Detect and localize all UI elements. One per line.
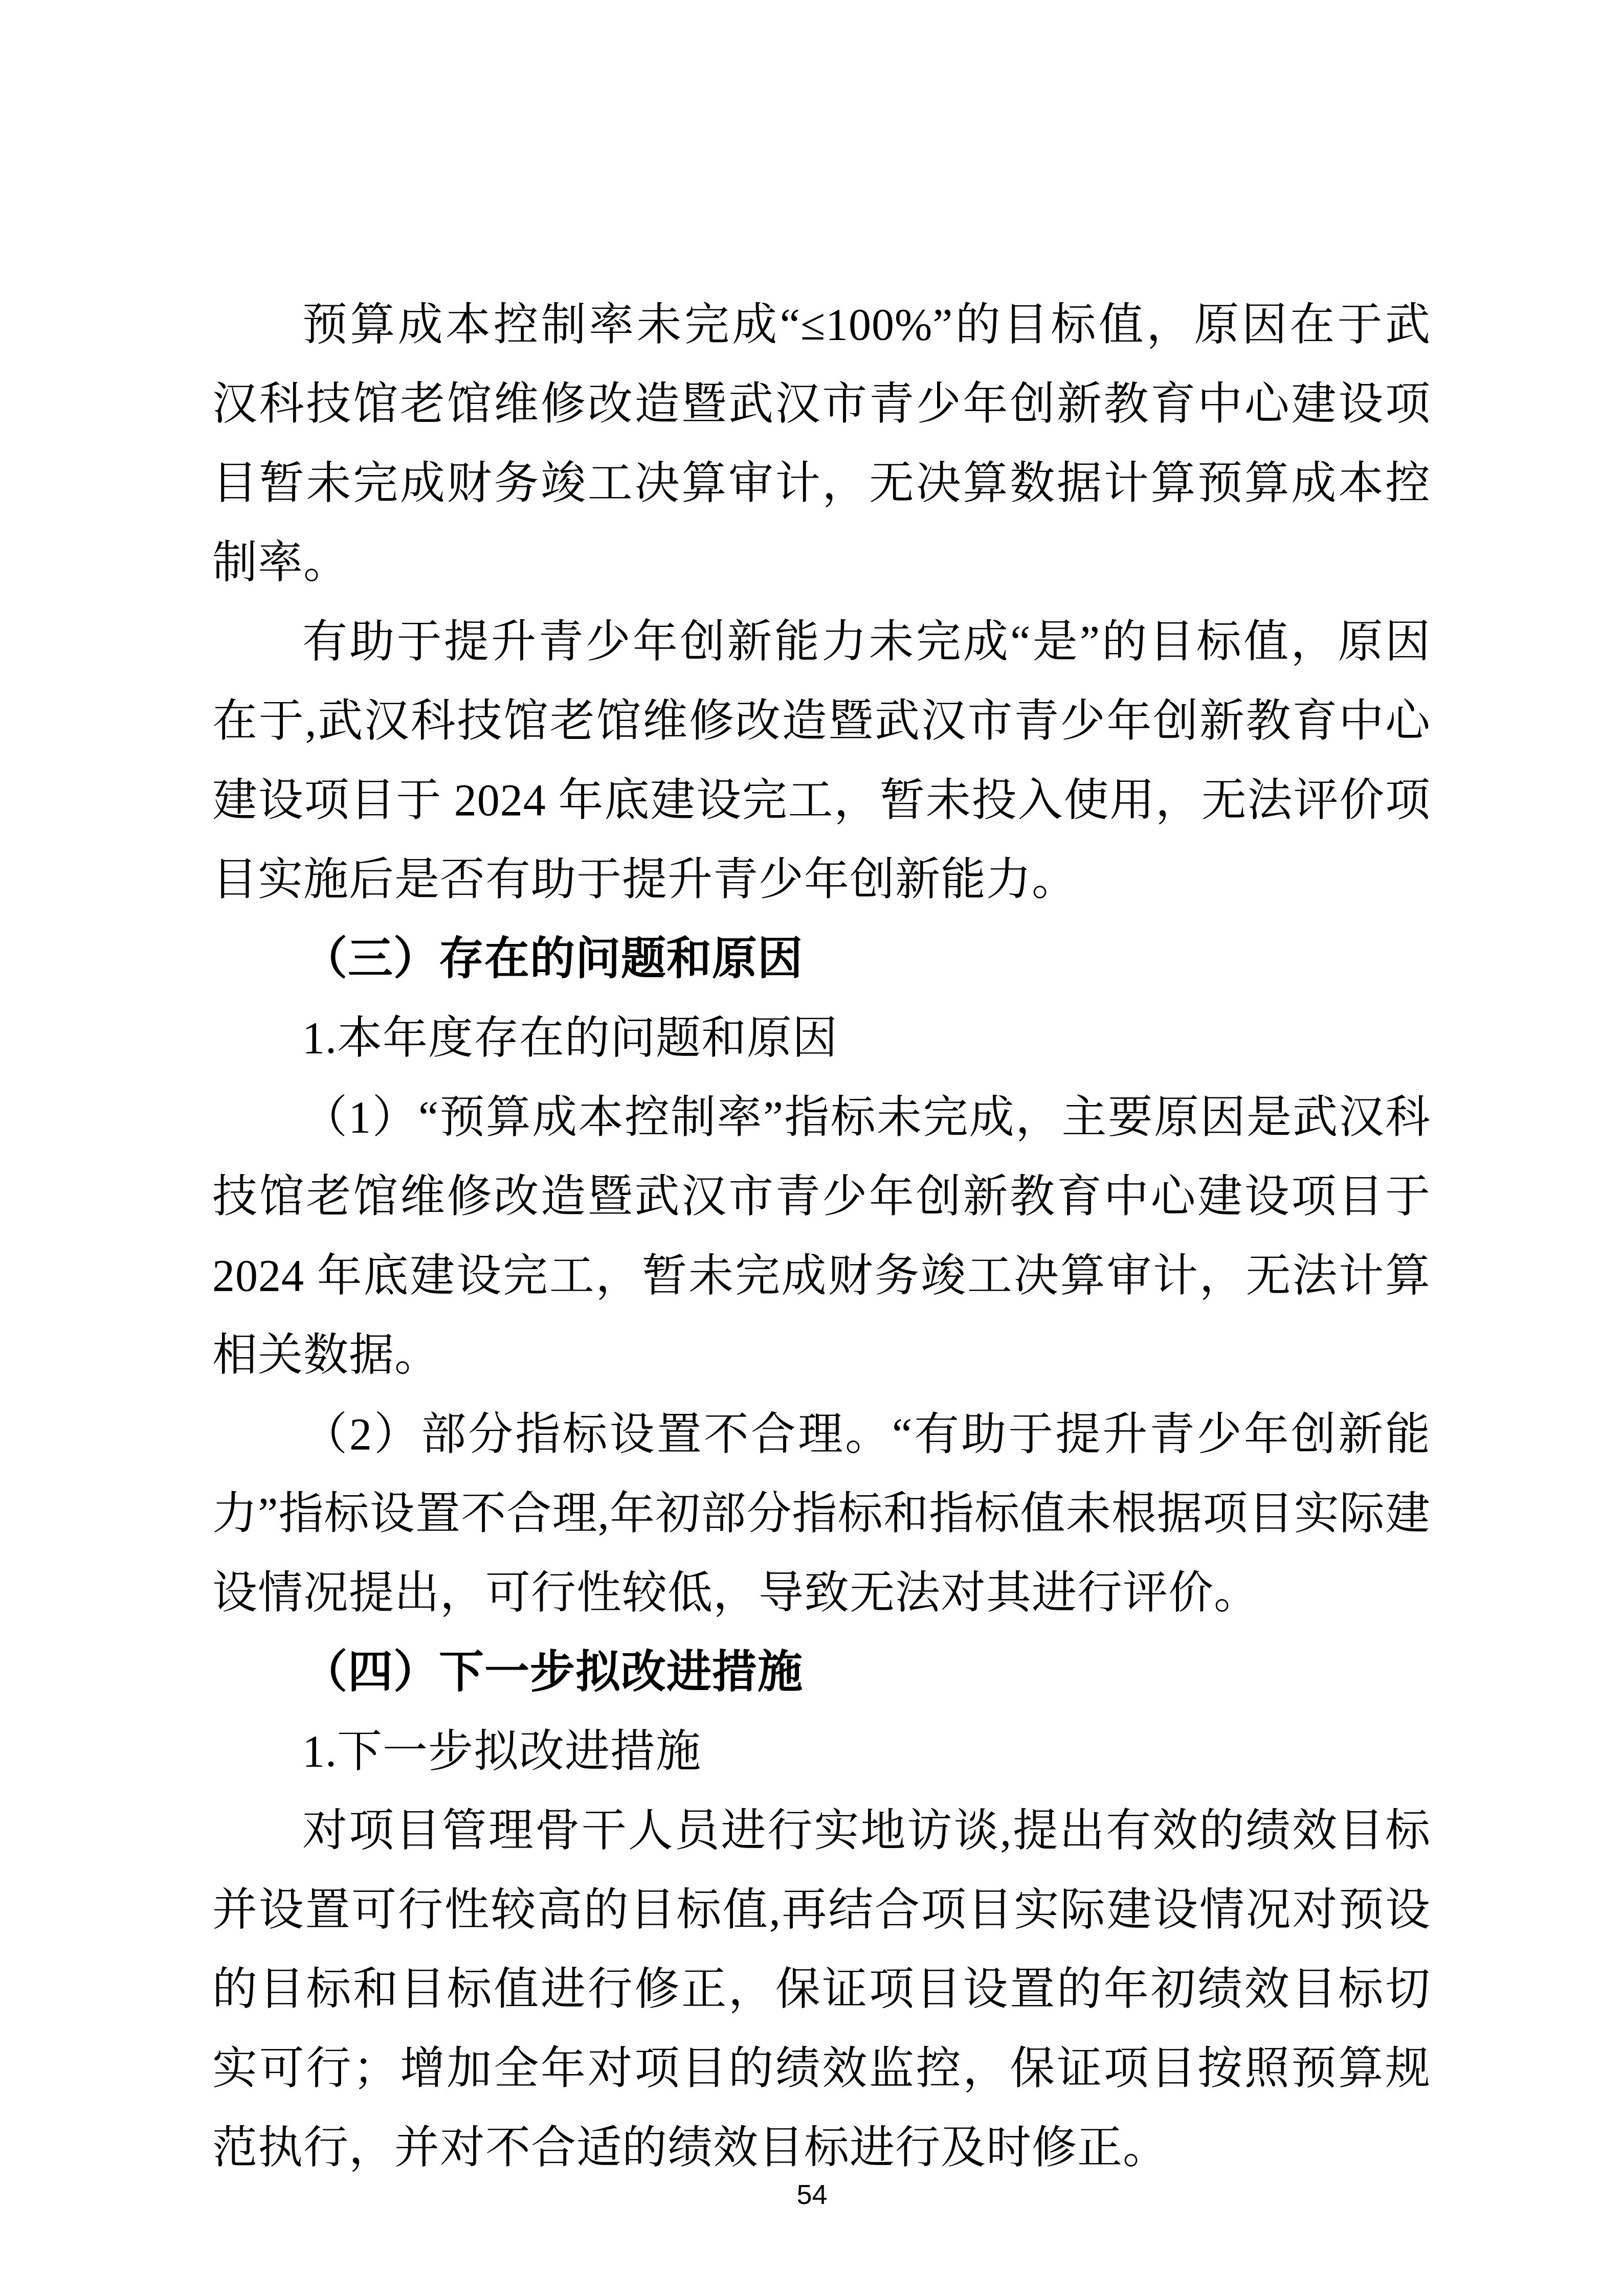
paragraph-improvement-detail: 对项目管理骨干人员进行实地访谈,提出有效的绩效目标并设置可行性较高的目标值,再结…	[212, 1791, 1431, 2188]
paragraph-budget-cost-control: 预算成本控制率未完成“≤100%”的目标值，原因在于武汉科技馆老馆维修改造暨武汉…	[212, 285, 1431, 602]
section-heading-improvement-measures: （四）下一步拟改进措施	[212, 1633, 1431, 1712]
document-page: 预算成本控制率未完成“≤100%”的目标值，原因在于武汉科技馆老馆维修改造暨武汉…	[0, 0, 1624, 2296]
page-number: 54	[796, 2179, 827, 2210]
subheading-next-step-measures: 1.下一步拟改进措施	[212, 1712, 1431, 1791]
paragraph-youth-innovation-target: 有助于提升青少年创新能力未完成“是”的目标值，原因在于,武汉科技馆老馆维修改造暨…	[212, 602, 1431, 919]
paragraph-problem-1: （1）“预算成本控制率”指标未完成，主要原因是武汉科技馆老馆维修改造暨武汉市青少…	[212, 1078, 1431, 1395]
paragraph-problem-2: （2）部分指标设置不合理。“有助于提升青少年创新能力”指标设置不合理,年初部分指…	[212, 1395, 1431, 1633]
page-footer: 54	[0, 2179, 1624, 2210]
document-body: 预算成本控制率未完成“≤100%”的目标值，原因在于武汉科技馆老馆维修改造暨武汉…	[212, 285, 1431, 2188]
subheading-current-year-problems: 1.本年度存在的问题和原因	[212, 999, 1431, 1078]
section-heading-problems-and-causes: （三）存在的问题和原因	[212, 919, 1431, 999]
